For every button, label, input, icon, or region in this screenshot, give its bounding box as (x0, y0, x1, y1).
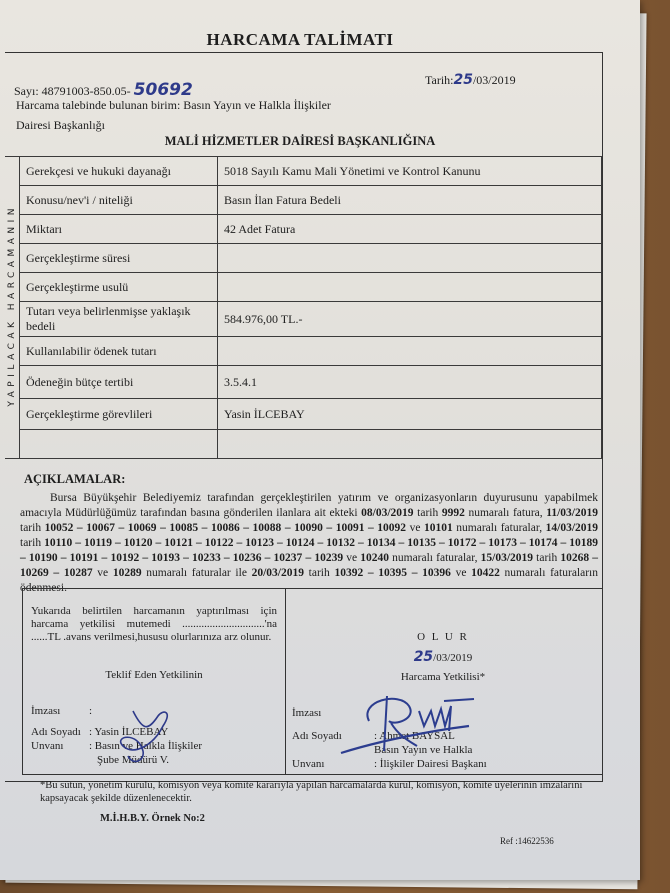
proposer-heading: Teklif Eden Yetkilinin (23, 669, 285, 681)
reference-number: Sayı: 48791003-850.05- 50692 (14, 80, 193, 100)
explanation-bold-segment: 10289 (113, 567, 142, 579)
sayi-label: Sayı: (14, 84, 39, 98)
field-row: Gerçekleştirme süresi (5, 244, 602, 273)
side-label-cell: YAPILACAK HARCAMANIN (5, 157, 20, 459)
field-row: Kullanılabilir ödenek tutarı (5, 337, 602, 366)
requesting-unit-line2: Dairesi Başkanlığı (16, 118, 105, 133)
proposer-signature-row: İmzası: (31, 705, 92, 717)
field-value: Basın İlan Fatura Bedeli (218, 186, 602, 215)
proposer-name-row: Adı Soyadı: Yasin İLCEBAY (31, 726, 168, 738)
title-label: Unvanı (292, 758, 374, 770)
explanation-bold-segment: 10422 (471, 567, 500, 579)
footnote: *Bu sütun, yönetim kurulu, komisyon veya… (40, 779, 620, 805)
tarih-day-handwritten: 25 (453, 72, 472, 88)
explanation-bold-segment: 08/03/2019 (361, 507, 413, 519)
explanation-bold-segment: 10392 – 10395 – 10396 (334, 567, 450, 579)
field-label: Gerçekleştirme usulü (20, 273, 218, 302)
field-label (20, 430, 218, 459)
authorizer-heading: Harcama Yetkilisi* (284, 671, 602, 683)
explanation-bold-segment: 20/03/2019 (252, 567, 304, 579)
reference-id: Ref :14622536 (500, 836, 554, 846)
explanation-segment: numaralı faturalar, (453, 522, 546, 534)
title-value: : İlişkiler Dairesi Başkanı (374, 758, 487, 770)
sayi-printed: 48791003-850.05- (42, 84, 131, 98)
explanation-segment: tarih (20, 522, 45, 534)
explanation-segment: tarih (533, 552, 560, 564)
field-label: Konusu/nev'i / niteliği (20, 186, 218, 215)
sayi-handwritten: 50692 (134, 80, 193, 100)
proposer-title-row: Unvanı: Basın ve Halkla İlişkiler (31, 740, 202, 752)
request-paragraph: Yukarıda belirtilen harcamanın yaptırılm… (31, 605, 277, 644)
authorizer-title-row: Unvanı: İlişkiler Dairesi Başkanı (292, 758, 487, 770)
proposer-signature-box: Yukarıda belirtilen harcamanın yaptırılm… (22, 588, 286, 775)
field-row: Ödeneğin bütçe tertibi3.5.4.1 (5, 366, 602, 399)
explanations-section: AÇIKLAMALAR: Bursa Büyükşehir Belediyemi… (20, 472, 598, 596)
explanation-bold-segment: 10240 (360, 552, 389, 564)
name-value: : Ahmet BAYSAL (374, 730, 455, 742)
explanation-bold-segment: 11/03/2019 (546, 507, 598, 519)
addressee: MALİ HİZMETLER DAİRESİ BAŞKANLIĞINA (0, 134, 600, 149)
approval-label: O L U R (284, 631, 602, 643)
field-value: 5018 Sayılı Kamu Mali Yönetimi ve Kontro… (218, 157, 602, 186)
field-row: YAPILACAK HARCAMANINGerekçesi ve hukuki … (5, 157, 602, 186)
authorizer-title-line1: Basın Yayın ve Halkla (374, 744, 472, 756)
explanations-heading: AÇIKLAMALAR: (24, 472, 598, 487)
explanation-segment: ve (406, 522, 424, 534)
approval-date: 25/03/2019 (284, 649, 602, 665)
name-label: Adı Soyadı (292, 730, 374, 742)
title-label: Unvanı (31, 740, 89, 752)
field-row: Konusu/nev'i / niteliğiBasın İlan Fatura… (5, 186, 602, 215)
explanation-bold-segment: 15/03/2019 (481, 552, 533, 564)
explanation-segment: numaralı fatura, (465, 507, 546, 519)
field-value (218, 244, 602, 273)
imza-label: İmzası (31, 705, 89, 717)
field-label: Kullanılabilir ödenek tutarı (20, 337, 218, 366)
tarih-label: Tarih: (425, 73, 453, 87)
field-row: Gerçekleştirme usulü (5, 273, 602, 302)
explanation-bold-segment: 10101 (424, 522, 453, 534)
explanation-segment: tarih (304, 567, 334, 579)
side-label: YAPILACAK HARCAMANIN (7, 204, 17, 407)
field-row (5, 430, 602, 459)
document-title: HARCAMA TALİMATI (0, 30, 600, 50)
field-value (218, 273, 602, 302)
field-row: Miktarı42 Adet Fatura (5, 215, 602, 244)
field-label: Gerçekleştirme görevlileri (20, 399, 218, 430)
explanation-bold-segment: 10052 – 10067 – 10069 – 10085 – 10086 – … (45, 522, 406, 534)
field-value (218, 337, 602, 366)
authorizer-name-row: Adı Soyadı: Ahmet BAYSAL (292, 730, 455, 742)
explanation-segment: ve (93, 567, 113, 579)
field-label: Tutarı veya belirlenmişse yaklaşık bedel… (20, 302, 218, 337)
field-label: Gerçekleştirme süresi (20, 244, 218, 273)
imza-value: : (89, 705, 92, 717)
field-label: Ödeneğin bütçe tertibi (20, 366, 218, 399)
authorizer-signature-box: O L U R 25/03/2019 Harcama Yetkilisi* İm… (284, 588, 603, 775)
explanation-bold-segment: 14/03/2019 (546, 522, 598, 534)
authorizer-signature-row: İmzası (292, 707, 350, 719)
document-page: HARCAMA TALİMATI Sayı: 48791003-850.05- … (0, 0, 640, 880)
document-date: Tarih:25/03/2019 (425, 72, 516, 88)
field-row: Gerçekleştirme görevlileriYasin İLCEBAY (5, 399, 602, 430)
approval-date-rest: /03/2019 (433, 652, 472, 664)
field-row: Tutarı veya belirlenmişse yaklaşık bedel… (5, 302, 602, 337)
name-label: Adı Soyadı (31, 726, 89, 738)
field-value (218, 430, 602, 459)
proposer-title-line2: Şube Müdürü V. (97, 754, 169, 766)
field-value: 584.976,00 TL.- (218, 302, 602, 337)
expense-table: YAPILACAK HARCAMANINGerekçesi ve hukuki … (5, 156, 602, 459)
field-label: Gerekçesi ve hukuki dayanağı (20, 157, 218, 186)
name-value: : Yasin İLCEBAY (89, 726, 168, 738)
explanation-segment: ve (451, 567, 471, 579)
field-value: 42 Adet Fatura (218, 215, 602, 244)
field-value: Yasin İLCEBAY (218, 399, 602, 430)
explanation-bold-segment: 9992 (442, 507, 465, 519)
explanations-text: Bursa Büyükşehir Belediyemiz tarafından … (20, 491, 598, 596)
requesting-unit-line1: Harcama talebinde bulunan birim: Basın Y… (16, 98, 331, 113)
imza-label: İmzası (292, 707, 350, 719)
explanation-segment: numaralı faturalar ile (142, 567, 252, 579)
field-label: Miktarı (20, 215, 218, 244)
form-code: M.İ.H.B.Y. Örnek No:2 (100, 813, 205, 824)
approval-day-handwritten: 25 (414, 649, 433, 665)
explanation-segment: tarih (20, 537, 44, 549)
explanation-segment: ve (343, 552, 360, 564)
title-value-line1: : Basın ve Halkla İlişkiler (89, 740, 202, 752)
tarih-rest: /03/2019 (473, 73, 516, 87)
explanation-segment: numaralı faturalar, (389, 552, 481, 564)
field-value: 3.5.4.1 (218, 366, 602, 399)
explanation-segment: tarih (414, 507, 442, 519)
